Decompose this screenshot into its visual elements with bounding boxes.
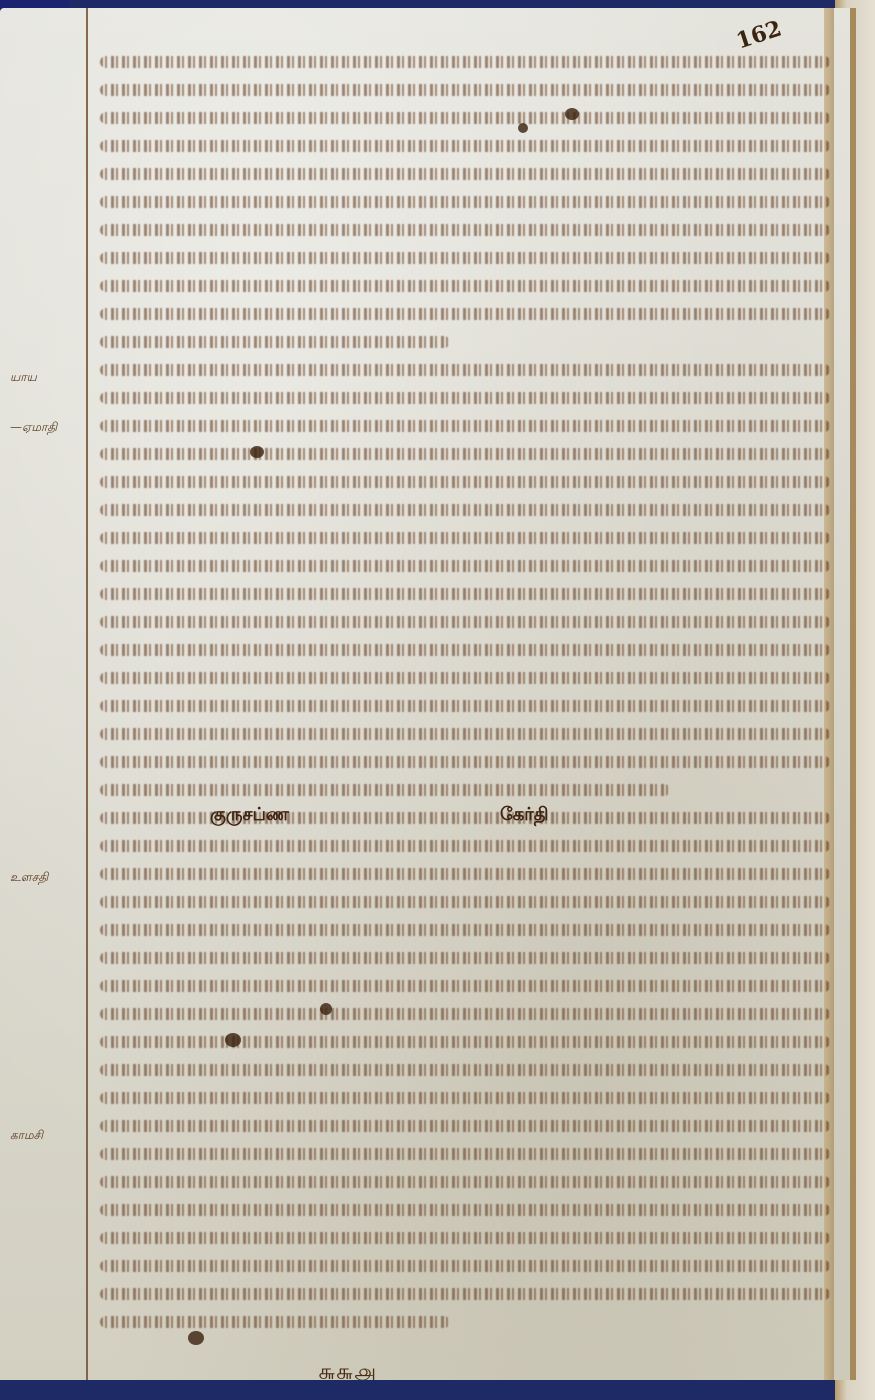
handwritten-line <box>100 832 830 860</box>
handwritten-line <box>100 944 830 972</box>
ink-strokes <box>100 196 830 208</box>
manuscript-page: 162 யாய —ஏமாதி உளசதி காமசி குருசப்ண கேர்… <box>0 8 856 1380</box>
handwritten-line <box>100 412 830 440</box>
handwritten-line <box>100 104 830 132</box>
ink-blot <box>565 108 579 120</box>
ink-strokes <box>100 728 830 740</box>
ink-strokes <box>100 784 670 796</box>
handwritten-line <box>100 1084 830 1112</box>
handwritten-line <box>100 1224 830 1252</box>
handwritten-line <box>100 720 830 748</box>
margin-rule <box>86 8 88 1380</box>
handwritten-line <box>100 1112 830 1140</box>
handwritten-line <box>100 48 830 76</box>
ink-strokes <box>100 1008 830 1020</box>
handwritten-line <box>100 636 830 664</box>
section-heading-right: கேர்தி <box>500 804 548 827</box>
ink-strokes <box>100 868 830 880</box>
ink-strokes <box>100 980 830 992</box>
handwritten-line <box>100 132 830 160</box>
handwritten-line <box>100 1028 830 1056</box>
margin-note: யாய <box>10 370 37 386</box>
ink-blot <box>320 1003 332 1015</box>
handwritten-line <box>100 76 830 104</box>
handwritten-line <box>100 272 830 300</box>
ink-strokes <box>100 924 830 936</box>
ink-strokes <box>100 504 830 516</box>
handwritten-line <box>100 692 830 720</box>
handwritten-line <box>100 384 830 412</box>
ink-strokes <box>100 1232 830 1244</box>
ink-strokes <box>100 336 450 348</box>
ink-strokes <box>100 952 830 964</box>
ink-strokes <box>100 448 830 460</box>
handwritten-line <box>100 748 830 776</box>
ink-strokes <box>100 644 830 656</box>
handwritten-line <box>100 468 830 496</box>
ink-blot <box>188 1331 204 1345</box>
handwritten-line <box>100 608 830 636</box>
margin-note: —ஏமாதி <box>10 420 57 436</box>
handwritten-line <box>100 888 830 916</box>
ink-strokes <box>100 616 830 628</box>
ink-blot <box>250 446 264 458</box>
handwritten-line <box>100 916 830 944</box>
handwritten-line <box>100 160 830 188</box>
handwritten-line <box>100 1000 830 1028</box>
handwritten-line <box>100 580 830 608</box>
ink-strokes <box>100 1316 450 1328</box>
handwritten-line <box>100 1196 830 1224</box>
ink-strokes <box>100 252 830 264</box>
handwritten-line <box>100 524 830 552</box>
ink-strokes <box>100 224 830 236</box>
handwritten-line <box>100 300 830 328</box>
section-heading-left: குருசப்ண <box>210 804 289 827</box>
folio-number-bottom: ௬௬௮ <box>318 1360 376 1388</box>
handwritten-line <box>100 860 830 888</box>
ink-strokes <box>100 1288 830 1300</box>
ink-strokes <box>100 392 830 404</box>
ink-strokes <box>100 84 830 96</box>
ink-strokes <box>100 420 830 432</box>
ink-strokes <box>100 588 830 600</box>
ink-strokes <box>100 1176 830 1188</box>
ink-strokes <box>100 1036 830 1048</box>
handwritten-line <box>100 1280 830 1308</box>
ink-strokes <box>100 112 830 124</box>
ink-strokes <box>100 1148 830 1160</box>
handwritten-line <box>100 216 830 244</box>
ink-strokes <box>100 308 830 320</box>
ink-strokes <box>100 476 830 488</box>
ink-strokes <box>100 672 830 684</box>
ink-strokes <box>100 896 830 908</box>
handwritten-line <box>100 496 830 524</box>
handwritten-line <box>100 1252 830 1280</box>
margin-note: காமசி <box>10 1128 43 1144</box>
margin-note: உளசதி <box>10 870 48 886</box>
ink-strokes <box>100 280 830 292</box>
ink-blot <box>518 123 528 133</box>
ink-strokes <box>100 140 830 152</box>
ink-blot <box>225 1033 241 1047</box>
ink-strokes <box>100 1092 830 1104</box>
handwritten-line <box>100 776 830 804</box>
ink-strokes <box>100 1204 830 1216</box>
ink-strokes <box>100 700 830 712</box>
ink-strokes <box>100 560 830 572</box>
handwritten-line <box>100 972 830 1000</box>
handwritten-line <box>100 440 830 468</box>
handwritten-line <box>100 1308 830 1336</box>
handwritten-line <box>100 1168 830 1196</box>
handwritten-line <box>100 244 830 272</box>
ink-strokes <box>100 56 830 68</box>
handwritten-line <box>100 328 830 356</box>
handwritten-line <box>100 1140 830 1168</box>
handwritten-line <box>100 552 830 580</box>
ink-strokes <box>100 168 830 180</box>
ink-strokes <box>100 532 830 544</box>
handwritten-line <box>100 664 830 692</box>
ink-strokes <box>100 840 830 852</box>
handwritten-line <box>100 188 830 216</box>
ink-strokes <box>100 364 830 376</box>
ink-strokes <box>100 1064 830 1076</box>
ink-strokes <box>100 756 830 768</box>
ink-strokes <box>100 1120 830 1132</box>
handwritten-line <box>100 356 830 384</box>
handwritten-text-block <box>100 48 830 1336</box>
handwritten-line <box>100 1056 830 1084</box>
ink-strokes <box>100 1260 830 1272</box>
